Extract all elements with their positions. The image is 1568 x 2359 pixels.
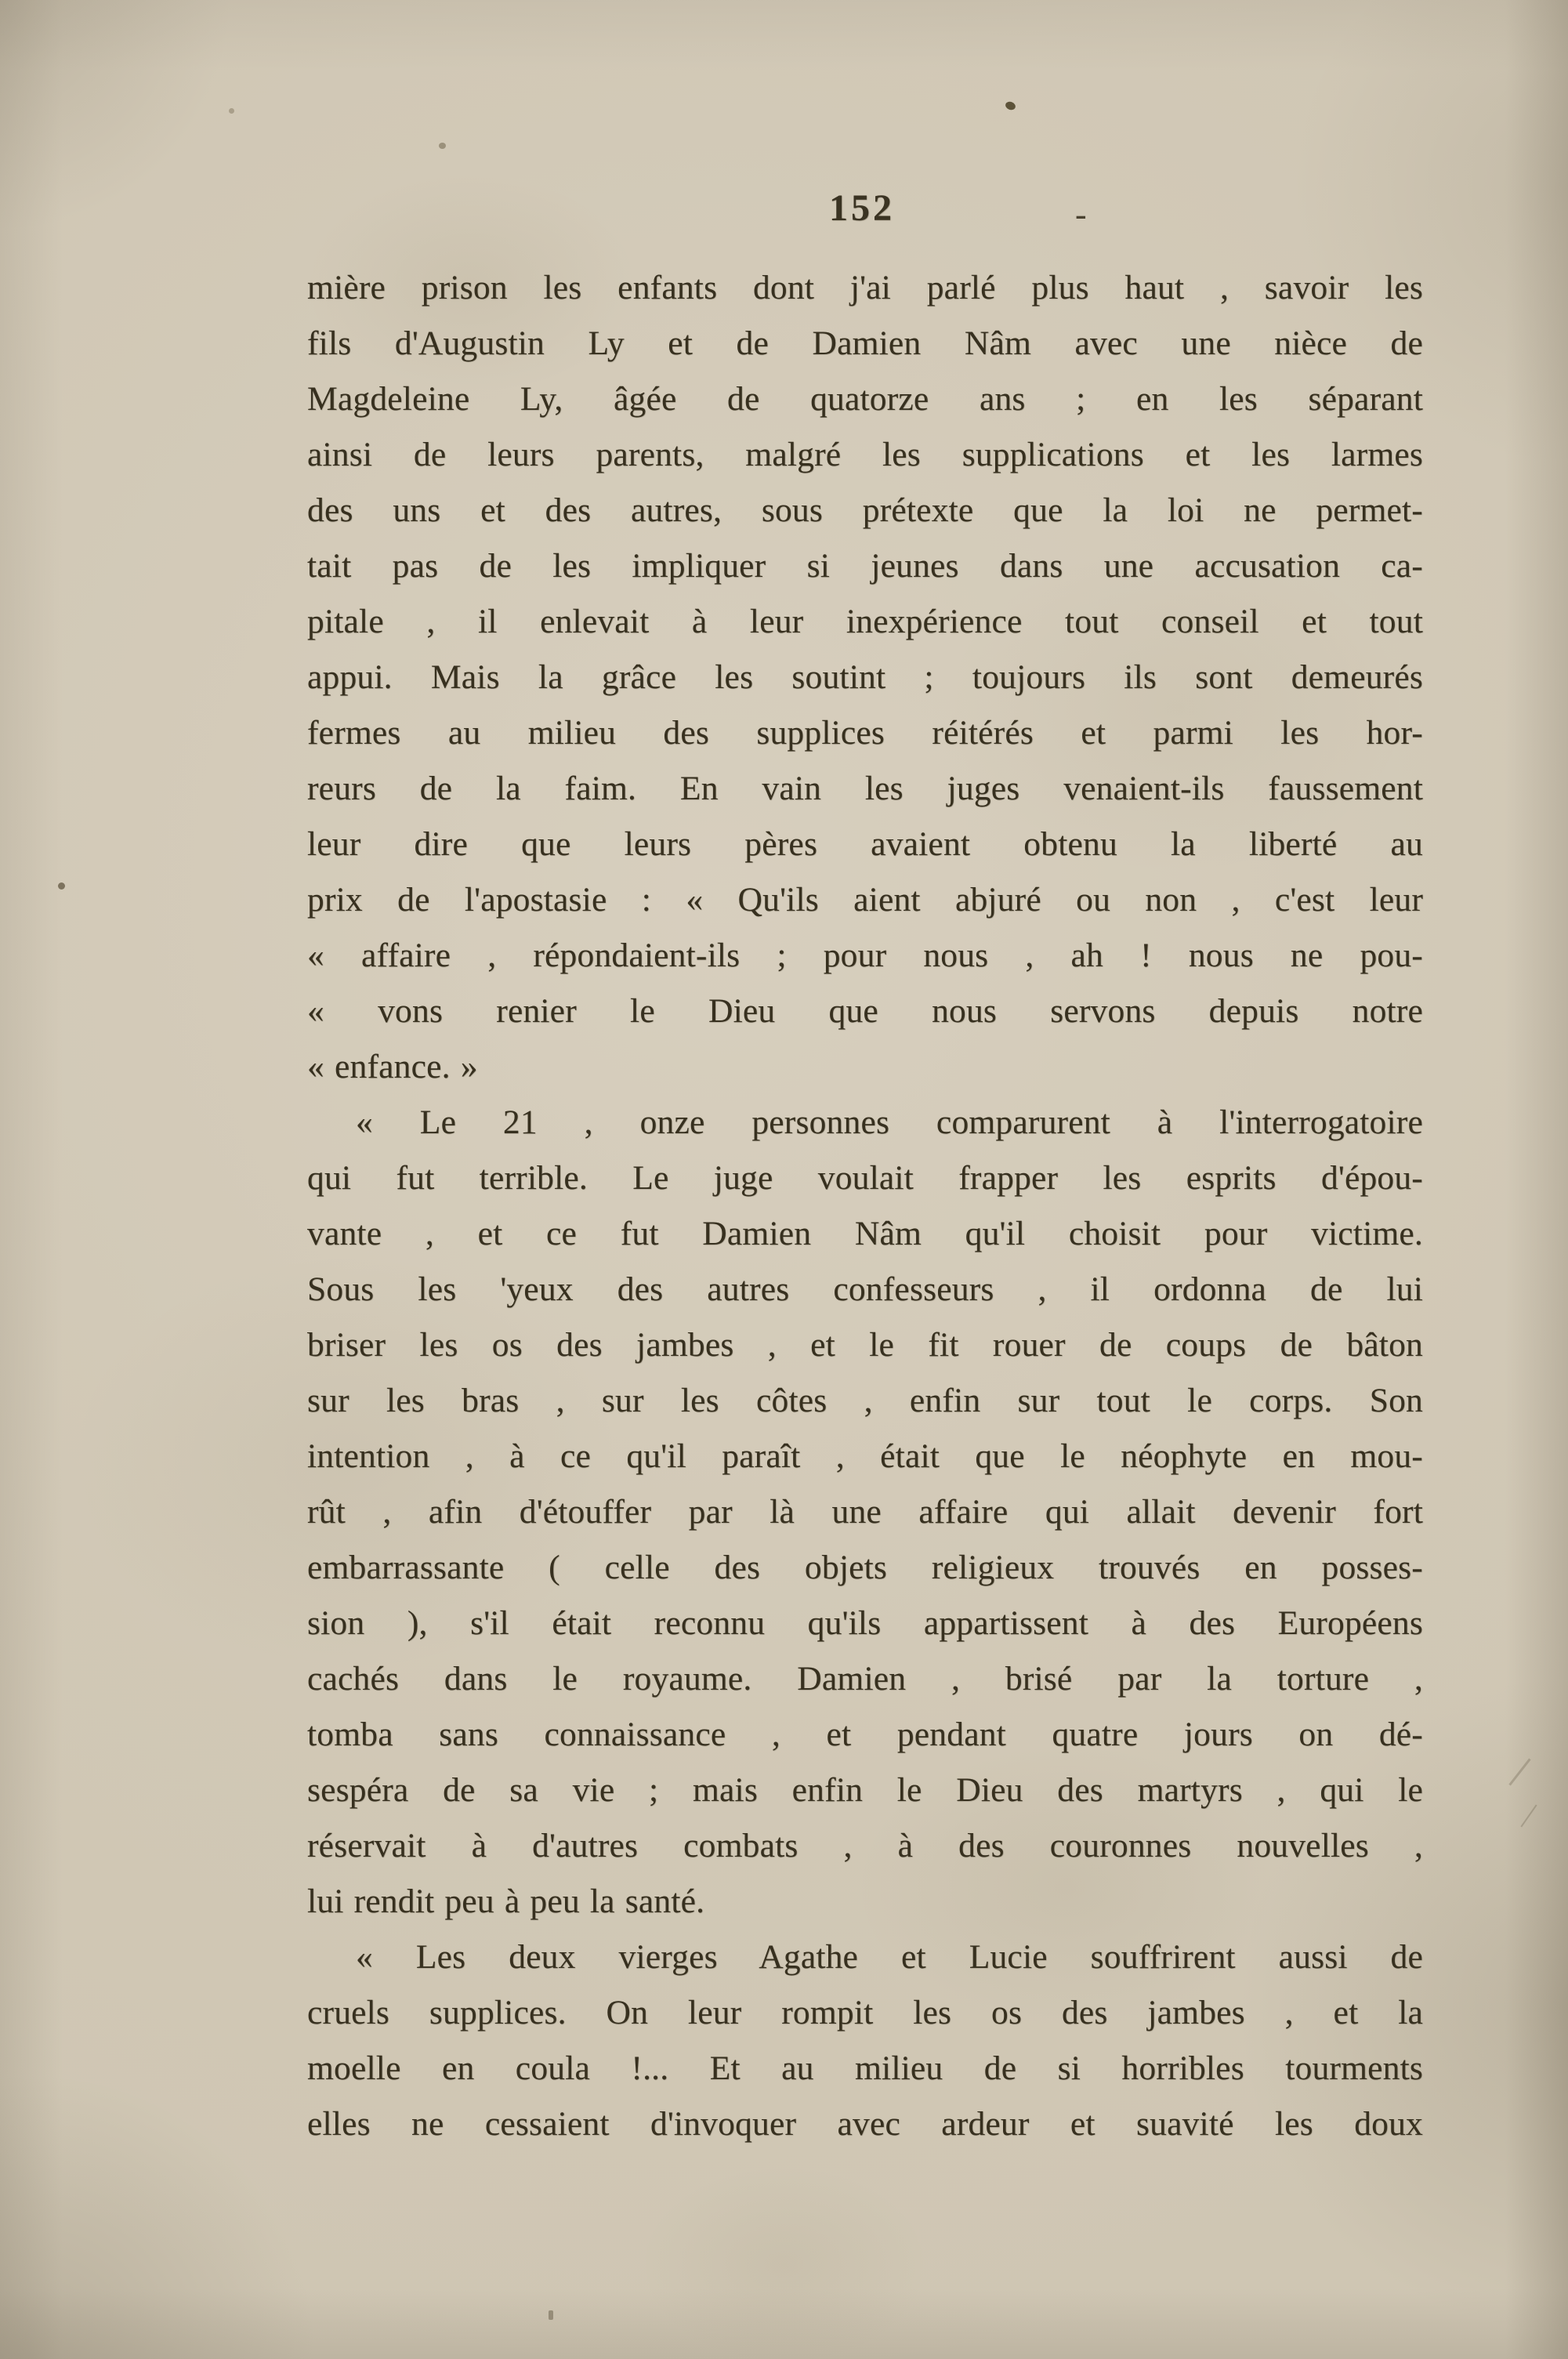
- text-line: moelle en coula !... Et au milieu de si …: [307, 2041, 1423, 2096]
- text-line: sespéra de sa vie ; mais enfin le Dieu d…: [307, 1763, 1423, 1818]
- text-line: fils d'Augustin Ly et de Damien Nâm avec…: [307, 316, 1423, 371]
- text-line: cruels supplices. On leur rompit les os …: [307, 1985, 1423, 2041]
- paper-scratch: [1520, 1805, 1537, 1828]
- page-number: 152: [306, 187, 1418, 230]
- paper-speck: [439, 143, 446, 149]
- header-dash-mark: -: [1075, 194, 1087, 234]
- text-line: mière prison les enfants dont j'ai parlé…: [307, 260, 1423, 316]
- text-line: tomba sans connaissance , et pendant qua…: [307, 1707, 1423, 1763]
- scanned-page: 152 - mière prison les enfants dont j'ai…: [0, 0, 1568, 2359]
- text-line: sur les bras , sur les côtes , enfin sur…: [307, 1373, 1423, 1429]
- text-line: « enfance. »: [307, 1039, 1423, 1095]
- text-line: embarrassante ( celle des objets religie…: [307, 1540, 1423, 1596]
- text-line: cachés dans le royaume. Damien , brisé p…: [307, 1651, 1423, 1707]
- paper-speck: [1005, 100, 1017, 111]
- text-line: vante , et ce fut Damien Nâm qu'il chois…: [307, 1206, 1423, 1262]
- paper-speck: [229, 108, 234, 114]
- text-line: elles ne cessaient d'invoquer avec ardeu…: [307, 2096, 1423, 2152]
- paper-speck: [549, 2310, 553, 2320]
- text-line: des uns et des autres, sous prétexte que…: [307, 483, 1423, 538]
- text-line: Magdeleine Ly, âgée de quatorze ans ; en…: [307, 371, 1423, 427]
- paper-scratch: [1508, 1759, 1530, 1786]
- text-line: pitale , il enlevait à leur inexpérience…: [307, 594, 1423, 650]
- text-line: « affaire , répondaient-ils ; pour nous …: [307, 928, 1423, 984]
- text-line: briser les os des jambes , et le fit rou…: [307, 1317, 1423, 1373]
- paper-speck: [58, 882, 65, 890]
- text-line: appui. Mais la grâce les soutint ; toujo…: [307, 650, 1423, 705]
- text-line: reurs de la faim. En vain les juges vena…: [307, 761, 1423, 817]
- text-line: lui rendit peu à peu la santé.: [307, 1874, 1423, 1930]
- text-line: fermes au milieu des supplices réitérés …: [307, 705, 1423, 761]
- text-line: « vons renier le Dieu que nous servons d…: [307, 984, 1423, 1039]
- page-text: mière prison les enfants dont j'ai parlé…: [307, 260, 1423, 2152]
- text-line: Sous les 'yeux des autres confesseurs , …: [307, 1262, 1423, 1317]
- text-line: réservait à d'autres combats , à des cou…: [307, 1818, 1423, 1874]
- text-line: « Les deux vierges Agathe et Lucie souff…: [307, 1930, 1423, 1985]
- text-line: « Le 21 , onze personnes comparurent à l…: [307, 1095, 1423, 1151]
- text-line: prix de l'apostasie : « Qu'ils aient abj…: [307, 872, 1423, 928]
- text-line: rût , afin d'étouffer par là une affaire…: [307, 1484, 1423, 1540]
- text-line: qui fut terrible. Le juge voulait frappe…: [307, 1151, 1423, 1206]
- text-line: ainsi de leurs parents, malgré les suppl…: [307, 427, 1423, 483]
- text-line: leur dire que leurs pères avaient obtenu…: [307, 817, 1423, 872]
- text-line: sion ), s'il était reconnu qu'ils appart…: [307, 1596, 1423, 1651]
- text-line: tait pas de les impliquer si jeunes dans…: [307, 538, 1423, 594]
- text-line: intention , à ce qu'il paraît , était qu…: [307, 1429, 1423, 1484]
